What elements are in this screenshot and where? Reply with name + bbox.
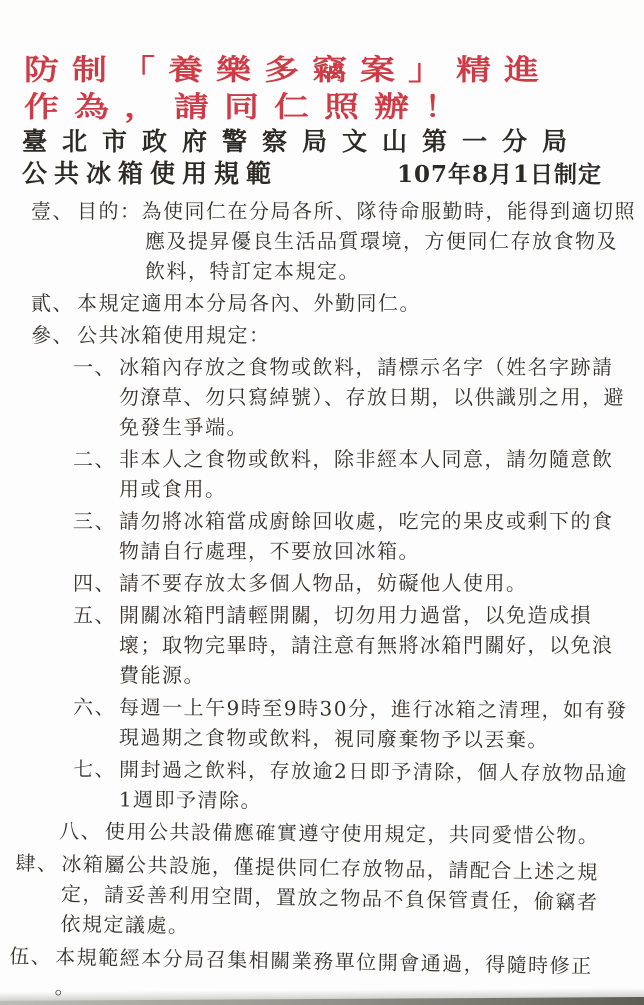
item-number: 七、: [73, 754, 119, 784]
item-number: 一、: [73, 352, 119, 382]
section-number: 壹、: [31, 196, 77, 226]
section-text: 公共冰箱使用規定：: [77, 320, 629, 350]
item-text: 冰箱內存放之食物或飲料，請標示名字（姓名字跡請勿潦草、勿只寫綽號）、存放日期，以…: [119, 352, 634, 442]
list-item: 四、請不要存放太多個人物品，妨礙他人使用。: [73, 568, 636, 598]
headline-line-2: 作為，請同仁照辦！: [24, 93, 644, 123]
item-number: 八、: [59, 816, 105, 846]
section-text: 本規定適用本分局各內、外勤同仁。: [77, 288, 629, 318]
document-title: 公共冰箱使用規範: [22, 158, 278, 189]
section: 肆、冰箱屬公共設施，僅提供同仁存放物品，請配合上述之規定，請妥善利用空間，置放之…: [14, 848, 636, 948]
section-content: 公共冰箱使用規定：一、冰箱內存放之食物或飲料，請標示名字（姓名字跡請勿潦草、勿只…: [77, 320, 636, 846]
document-title-row: 公共冰箱使用規範 107年8月1日制定: [22, 158, 644, 190]
enactment-date: 107年8月1日制定: [397, 159, 644, 190]
item-text: 使用公共設備應確實遵守使用規定，共同愛惜公物。: [105, 816, 600, 850]
section-text: 目的：為使同仁在分局各所、隊待命服勤時，能得到適切照應及提昇優良生活品質環境，方…: [77, 196, 636, 286]
paper-sheet: 防制「養樂多竊案」精進 作為，請同仁照辦！ 臺北市政府警察局文山第一分局 公共冰…: [0, 42, 644, 1005]
item-text: 請勿將冰箱當成廚餘回收處，吃完的果皮或剩下的食物請自行處理，不要放回冰箱。: [119, 506, 634, 566]
document-photo: 防制「養樂多竊案」精進 作為，請同仁照辦！ 臺北市政府警察局文山第一分局 公共冰…: [0, 0, 644, 1005]
section-number: 貳、: [31, 288, 77, 318]
section-number: 參、: [31, 320, 77, 350]
item-number: 五、: [73, 600, 119, 630]
item-text: 開關冰箱門請輕開關，切勿用力過當，以免造成損壞；取物完畢時，請注意有無將冰箱門關…: [119, 600, 634, 690]
section-number: 伍、: [9, 941, 56, 972]
item-number: 三、: [73, 506, 119, 536]
agency-name: 臺北市政府警察局文山第一分局: [22, 126, 644, 157]
list-item: 二、非本人之食物或飲料，除非經本人同意，請勿隨意飲用或食用。: [73, 444, 636, 504]
item-text: 非本人之食物或飲料，除非經本人同意，請勿隨意飲用或食用。: [119, 444, 634, 504]
section-content: 本規定適用本分局各內、外勤同仁。: [77, 288, 636, 318]
list-item: 五、開關冰箱門請輕開關，切勿用力過當，以免造成損壞；取物完畢時，請注意有無將冰箱…: [73, 600, 636, 690]
item-text: 每週一上午9時至9時30分，進行冰箱之清理，如有發現過期之食物或飲料，視同廢棄物…: [119, 692, 634, 755]
list-item: 六、每週一上午9時至9時30分，進行冰箱之清理，如有發現過期之食物或飲料，視同廢…: [73, 692, 636, 755]
section-number: 肆、: [15, 848, 61, 879]
photo-top-margin: [0, 0, 644, 42]
item-number: 四、: [73, 568, 119, 598]
section: 貳、本規定適用本分局各內、外勤同仁。: [31, 288, 636, 318]
section-content: 目的：為使同仁在分局各所、隊待命服勤時，能得到適切照應及提昇優良生活品質環境，方…: [77, 196, 636, 286]
list-item: 七、開封過之飲料，存放逾2日即予清除，個人存放物品逾1週即予清除。: [73, 754, 636, 818]
section: 壹、目的：為使同仁在分局各所、隊待命服勤時，能得到適切照應及提昇優良生活品質環境…: [31, 196, 636, 286]
item-number: 六、: [73, 692, 119, 722]
item-text: 開封過之飲料，存放逾2日即予清除，個人存放物品逾1週即予清除。: [119, 754, 634, 818]
list-item: 八、使用公共設備應確實遵守使用規定，共同愛惜公物。: [59, 816, 636, 851]
list-item: 一、冰箱內存放之食物或飲料，請標示名字（姓名字跡請勿潦草、勿只寫綽號）、存放日期…: [73, 352, 636, 442]
document-body: 壹、目的：為使同仁在分局各所、隊待命服勤時，能得到適切照應及提昇優良生活品質環境…: [0, 190, 644, 1001]
section: 參、公共冰箱使用規定：一、冰箱內存放之食物或飲料，請標示名字（姓名字跡請勿潦草、…: [31, 320, 636, 846]
section-content: 冰箱屬公共設施，僅提供同仁存放物品，請配合上述之規定，請妥善利用空間，置放之物品…: [60, 849, 636, 948]
section-items: 一、冰箱內存放之食物或飲料，請標示名字（姓名字跡請勿潦草、勿只寫綽號）、存放日期…: [73, 352, 636, 846]
item-number: 二、: [73, 444, 119, 474]
section-text: 冰箱屬公共設施，僅提供同仁存放物品，請配合上述之規定，請妥善利用空間，置放之物品…: [60, 849, 613, 948]
paper-content: 防制「養樂多竊案」精進 作為，請同仁照辦！ 臺北市政府警察局文山第一分局 公共冰…: [0, 42, 644, 1005]
item-text: 請不要存放太多個人物品，妨礙他人使用。: [119, 568, 528, 598]
list-item: 三、請勿將冰箱當成廚餘回收處，吃完的果皮或剩下的食物請自行處理，不要放回冰箱。: [73, 506, 636, 566]
red-headline: 防制「養樂多竊案」精進 作為，請同仁照辦！: [0, 42, 644, 126]
headline-line-1: 防制「養樂多竊案」精進: [24, 54, 644, 87]
